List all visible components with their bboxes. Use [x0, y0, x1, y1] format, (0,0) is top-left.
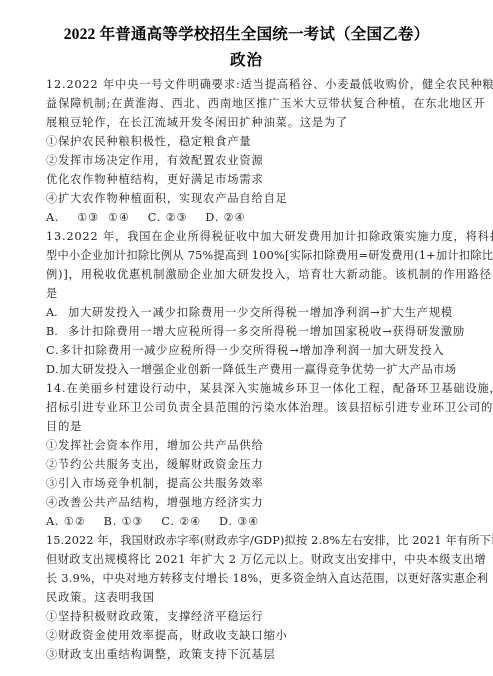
question-12: 12.2022 年中央一号文件明确要求:适当提高稻谷、小麦最低收购价，健全农民种…: [46, 75, 438, 227]
question-stem-line: 展粮豆轮作，在长江流域开发冬闲田扩种油菜。这是为了: [46, 113, 438, 132]
answer-choices: A. ①② B. ①③ C. ②④ D. ③④: [46, 512, 438, 531]
option-label: A.: [46, 303, 68, 322]
option-label: B.: [46, 322, 68, 341]
question-stem-line: 招标引进专业环卫公司负责全县范围的污染水体治理。该县招标引进专业环卫公司的: [46, 398, 438, 417]
statement: ①保护农民种粮积极性，稳定粮食产量: [46, 132, 438, 151]
option-text: 加大研发投入一减少扣除费用一少交所得税一增加净利润→扩大生产规模: [68, 306, 453, 319]
question-stem-line: 但财政支出规模将比 2021 年扩大 2 万亿元以上。财政支出安排中，中央本级支…: [46, 550, 438, 569]
statement: 优化农作物种植结构，更好满足市场需求: [46, 170, 438, 189]
statement: ④改善公共产品结构，增强地方经济实力: [46, 493, 438, 512]
question-stem-line: 型中小企业加计扣除比例从 75%提高到 100%[实际扣除费用=研发费用(1+加…: [46, 246, 438, 265]
question-15: 15.2022 年，我国财政赤字率(财政赤字/GDP)拟按 2.8%左右安排，比…: [46, 531, 438, 664]
option-text: 多计扣除费用一减少应税所得一少交所得税→增加净利润一加大研发投入: [60, 344, 445, 357]
statement: ②节约公共服务支出，缓解财政资金压力: [46, 455, 438, 474]
question-stem-line: 长 3.9%，中央对地方转移支付增长 18%，更多资金纳入直达范围，以更好落实惠…: [46, 569, 438, 588]
question-stem-line: 15.2022 年，我国财政赤字率(财政赤字/GDP)拟按 2.8%左右安排，比…: [46, 531, 438, 550]
question-stem-line: 13.2022 年，我国在企业所得税征收中加大研发费用加计扣除政策实施力度，将科…: [46, 227, 438, 246]
statement: ③引入市场竞争机制，提高公共服务效率: [46, 474, 438, 493]
statement: ②财政资金使用效率提高，财政收支缺口缩小: [46, 626, 438, 645]
option-label: C.: [46, 344, 60, 357]
exam-content: 12.2022 年中央一号文件明确要求:适当提高稻谷、小麦最低收购价，健全农民种…: [46, 75, 438, 664]
option-label: D.: [46, 363, 59, 376]
question-stem-line: 益保障机制;在黄淮海、西北、西南地区推广玉米大豆带状复合种植，在东北地区开: [46, 94, 438, 113]
question-stem-line: 民政策。这表明我国: [46, 588, 438, 607]
answer-choices: A. ①③ ①④ C. ②③ D. ②④: [46, 208, 438, 227]
question-stem-line: 12.2022 年中央一号文件明确要求:适当提高稻谷、小麦最低收购价，健全农民种…: [46, 75, 438, 94]
exam-title: 2022 年普通高等学校招生全国统一考试（全国乙卷）: [0, 22, 493, 44]
statement: ①坚持积极财政政策，支撑经济平稳运行: [46, 607, 438, 626]
question-stem-line: 是: [46, 284, 438, 303]
option-text: 加大研发投入一增强企业创新一降低生产费用一赢得竞争优势一扩大产品市场: [59, 363, 456, 376]
statement: ④扩大农作物种植面积，实现农产品自给自足: [46, 189, 438, 208]
question-stem-line: 目的是: [46, 417, 438, 436]
question-14: 14.在美丽乡村建设行动中，某县深入实施城乡环卫一体化工程，配备环卫基础设施， …: [46, 379, 438, 531]
subject-title: 政治: [0, 48, 493, 70]
option-a: A.加大研发投入一减少扣除费用一少交所得税一增加净利润→扩大生产规模: [46, 303, 438, 322]
question-stem-line: 14.在美丽乡村建设行动中，某县深入实施城乡环卫一体化工程，配备环卫基础设施，: [46, 379, 438, 398]
option-text: 多计扣除费用一增大应税所得一多交所得税一增加国家税收→获得研发激励: [68, 325, 465, 338]
statement: ①发挥社会资本作用，增加公共产品供给: [46, 436, 438, 455]
statement: ②发挥市场决定作用，有效配置农业资源: [46, 151, 438, 170]
option-c: C.多计扣除费用一减少应税所得一少交所得税→增加净利润一加大研发投入: [46, 341, 438, 360]
statement: ③财政支出重结构调整，政策支持下沉基层: [46, 645, 438, 664]
option-b: B.多计扣除费用一增大应税所得一多交所得税一增加国家税收→获得研发激励: [46, 322, 438, 341]
option-d: D.加大研发投入一增强企业创新一降低生产费用一赢得竞争优势一扩大产品市场: [46, 360, 438, 379]
question-13: 13.2022 年，我国在企业所得税征收中加大研发费用加计扣除政策实施力度，将科…: [46, 227, 438, 379]
question-stem-line: 例)]，用税收优惠机制激励企业加大研发投入，培育壮大新动能。该机制的作用路径: [46, 265, 438, 284]
